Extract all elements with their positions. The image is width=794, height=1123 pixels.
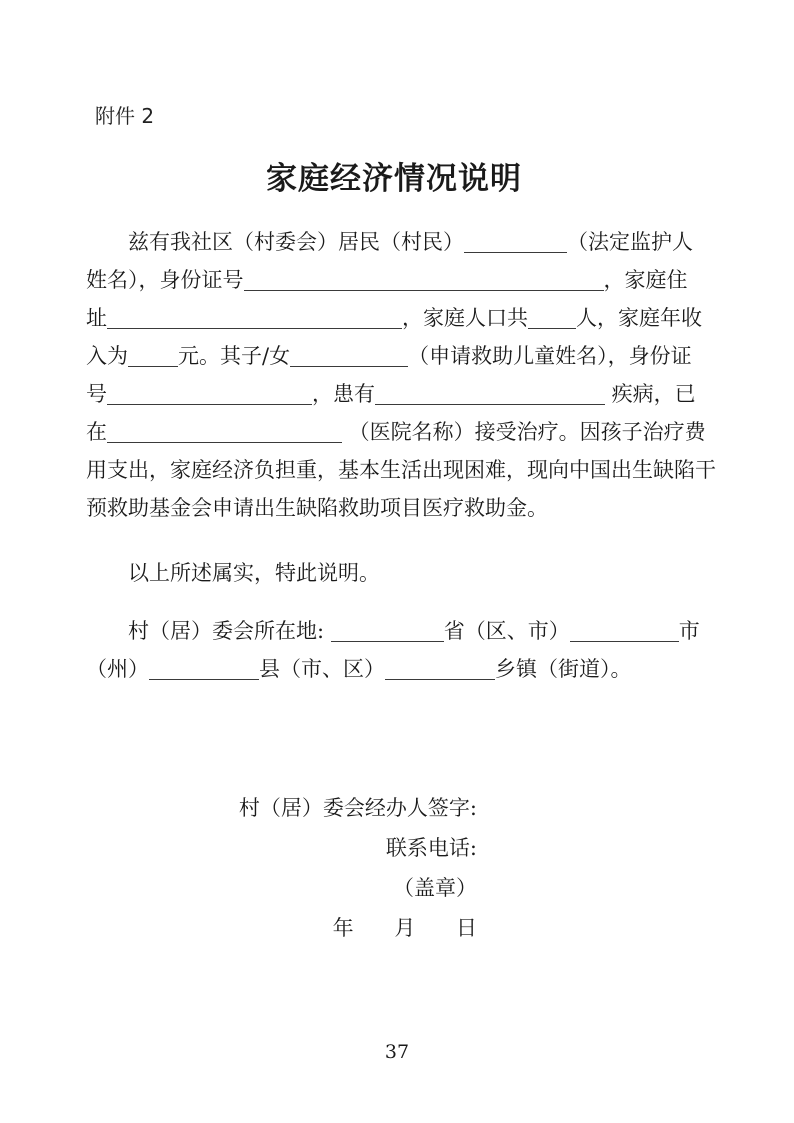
blank-field-province — [331, 618, 444, 642]
blank-field-township — [385, 656, 495, 680]
form-text: ，患有 — [312, 382, 375, 406]
location-line-1: 村（居）委会所在地: 省（区、市）市 — [86, 612, 702, 650]
form-text: 号 — [86, 382, 107, 406]
form-text: （州） — [86, 657, 149, 681]
form-text: 乡镇（街道）。 — [495, 657, 632, 681]
form-text: ，家庭住 — [604, 268, 688, 292]
confirmation-paragraph: 以上所述属实，特此说明。 — [86, 554, 702, 592]
statement-line-6: 在 （医院名称）接受治疗。因孩子治疗费 — [86, 413, 702, 451]
contact-phone-label: 联系电话: — [86, 828, 477, 868]
form-text: （申请救助儿童姓名），身份证 — [408, 344, 692, 368]
form-text: （医院名称）接受治疗。因孩子治疗费 — [342, 420, 706, 444]
blank-field-county — [149, 656, 259, 680]
statement-line-8: 预救助基金会申请出生缺陷救助项目医疗救助金。 — [86, 489, 702, 527]
statement-line-2: 姓名），身份证号，家庭住 — [86, 261, 702, 299]
confirmation-text: 以上所述属实，特此说明。 — [86, 554, 702, 592]
page-number: 37 — [0, 1041, 794, 1063]
seal-label: （盖章） — [86, 868, 477, 908]
form-text: 入为 — [86, 344, 128, 368]
form-text: 址 — [86, 306, 107, 330]
blank-field-home-address — [107, 305, 402, 329]
document-page: 附件 2 家庭经济情况说明 兹有我社区（村委会）居民（村民）（法定监护人 姓名）… — [0, 0, 794, 1123]
handler-signature-label: 村（居）委会经办人签字: — [86, 788, 477, 828]
signature-block: 村（居）委会经办人签字: 联系电话: （盖章） 年 月 日 — [86, 788, 702, 948]
form-text: 县（市、区） — [259, 657, 385, 681]
form-text: 在 — [86, 420, 107, 444]
form-text: 省（区、市） — [444, 619, 570, 643]
blank-field-annual-income — [128, 343, 178, 367]
form-text: 预救助基金会申请出生缺陷救助项目医疗救助金。 — [86, 496, 548, 520]
blank-field-city — [570, 618, 679, 642]
form-text: ，家庭人口共 — [402, 306, 528, 330]
form-text: 用支出，家庭经济负担重，基本生活出现困难，现向中国出生缺陷干 — [86, 458, 716, 482]
statement-line-7: 用支出，家庭经济负担重，基本生活出现困难，现向中国出生缺陷干 — [86, 451, 702, 489]
blank-field-child-name — [290, 343, 408, 367]
statement-paragraph-main: 兹有我社区（村委会）居民（村民）（法定监护人 姓名），身份证号，家庭住 址，家庭… — [86, 223, 702, 527]
blank-field-family-member-count — [528, 305, 576, 329]
blank-field-hospital-name — [107, 419, 342, 443]
document-title: 家庭经济情况说明 — [86, 158, 702, 200]
statement-line-1: 兹有我社区（村委会）居民（村民）（法定监护人 — [86, 223, 702, 261]
form-text: 人，家庭年收 — [576, 306, 702, 330]
location-paragraph: 村（居）委会所在地: 省（区、市）市 （州）县（市、区）乡镇（街道）。 — [86, 612, 702, 688]
blank-field-guardian-name — [464, 229, 567, 253]
form-text: 元。其子/女 — [178, 344, 290, 368]
statement-line-4: 入为元。其子/女（申请救助儿童姓名），身份证 — [86, 337, 702, 375]
attachment-label: 附件 2 — [95, 103, 702, 129]
form-text: 村（居）委会所在地: — [128, 619, 331, 643]
statement-line-5: 号，患有 疾病，已 — [86, 375, 702, 413]
document-content: 附件 2 家庭经济情况说明 兹有我社区（村委会）居民（村民）（法定监护人 姓名）… — [0, 103, 794, 948]
blank-field-disease-name — [375, 381, 605, 405]
location-line-2: （州）县（市、区）乡镇（街道）。 — [86, 650, 702, 688]
blank-field-child-id-number — [107, 381, 312, 405]
date-day-label: 日 — [456, 908, 477, 948]
statement-line-3: 址，家庭人口共人，家庭年收 — [86, 299, 702, 337]
form-text: 兹有我社区（村委会）居民（村民） — [128, 230, 464, 254]
form-text: 姓名），身份证号 — [86, 268, 244, 292]
date-month-label: 月 — [394, 908, 415, 948]
date-year-label: 年 — [333, 908, 354, 948]
blank-field-guardian-id-number — [244, 267, 604, 291]
form-text: 疾病，已 — [605, 382, 696, 406]
form-text: （法定监护人 — [567, 230, 693, 254]
form-text: 市 — [679, 619, 700, 643]
date-line: 年 月 日 — [86, 908, 477, 948]
